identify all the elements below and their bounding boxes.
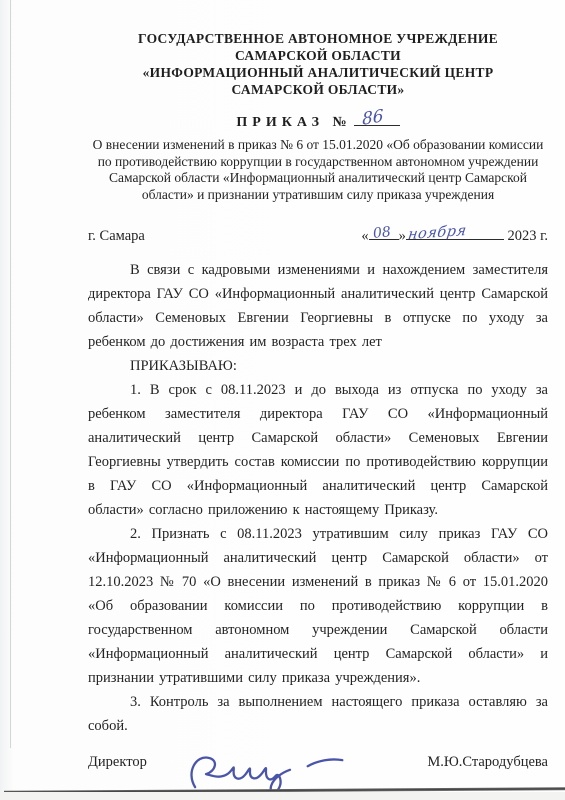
resolution-word: ПРИКАЗЫВАЮ: bbox=[88, 354, 548, 378]
order-title: ПРИКАЗ №86 bbox=[88, 110, 548, 131]
place-date-row: г. Самара «08»ноября 2023 г. bbox=[88, 224, 548, 245]
scanned-order-page: ГОСУДАРСТВЕННОЕ АВТОНОМНОЕ УЧРЕЖДЕНИЕ СА… bbox=[0, 0, 565, 800]
order-number-blank: 86 bbox=[354, 110, 400, 126]
date-day-handwritten: 08 bbox=[372, 224, 391, 242]
org-name-line: «ИНФОРМАЦИОННЫЙ АНАЛИТИЧЕСКИЙ ЦЕНТР bbox=[88, 64, 548, 81]
org-name-line: САМАРСКОЙ ОБЛАСТИ bbox=[88, 47, 548, 64]
order-subject: О внесении изменений в приказ № 6 от 15.… bbox=[88, 137, 548, 203]
org-name-line: ГОСУДАРСТВЕННОЕ АВТОНОМНОЕ УЧРЕЖДЕНИЕ bbox=[88, 30, 548, 47]
document-body: ГОСУДАРСТВЕННОЕ АВТОНОМНОЕ УЧРЕЖДЕНИЕ СА… bbox=[88, 30, 548, 771]
date-open-quote: « bbox=[361, 228, 368, 244]
place-of-issue: г. Самара bbox=[88, 228, 145, 245]
order-item-2: 2. Признать с 08.11.2023 утратившим силу… bbox=[88, 522, 548, 690]
order-item-3: 3. Контроль за выполнением настоящего пр… bbox=[88, 690, 548, 738]
signature-row: Директор М.Ю.Стародубцева bbox=[88, 754, 548, 771]
scan-left-edge bbox=[10, 0, 11, 748]
org-name-line: САМАРСКОЙ ОБЛАСТИ» bbox=[88, 81, 548, 98]
signatory-name: М.Ю.Стародубцева bbox=[427, 754, 548, 771]
date-year: 2023 г. bbox=[507, 228, 548, 244]
organization-name: ГОСУДАРСТВЕННОЕ АВТОНОМНОЕ УЧРЕЖДЕНИЕ СА… bbox=[88, 30, 548, 98]
date-day-blank: 08 bbox=[369, 224, 399, 240]
scan-below-edge bbox=[0, 792, 565, 800]
order-title-label: ПРИКАЗ № bbox=[236, 115, 351, 130]
order-number-handwritten: 86 bbox=[362, 106, 384, 130]
date-close-quote: » bbox=[399, 228, 406, 244]
date-month-handwritten: ноября bbox=[407, 223, 468, 243]
order-item-1: 1. В срок с 08.11.2023 и до выхода из от… bbox=[88, 378, 548, 522]
date-of-issue: «08»ноября 2023 г. bbox=[361, 224, 548, 245]
preamble-paragraph: В связи с кадровыми изменениями и нахожд… bbox=[88, 258, 548, 354]
signatory-title: Директор bbox=[88, 754, 147, 771]
date-month-blank: ноября bbox=[406, 224, 504, 240]
